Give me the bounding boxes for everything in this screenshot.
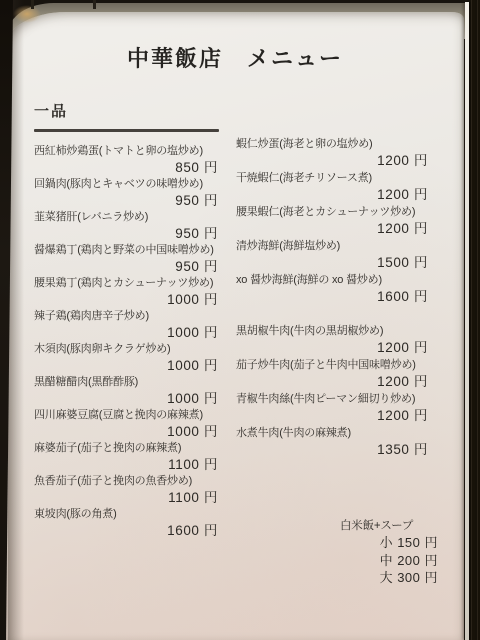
menu-item: 茄子炒牛肉(茄子と牛肉中国味噌炒め) 1200 円 [236, 357, 428, 391]
menu-item: 魚香茄子(茄子と挽肉の魚香炒め) 1100 円 [34, 473, 218, 506]
menu-item-name: 茄子炒牛肉(茄子と牛肉中国味噌炒め) [236, 357, 428, 374]
menu-item-name: 木須肉(豚肉卵キクラゲ炒め) [34, 341, 218, 358]
menu-item: 四川麻婆豆腐(豆腐と挽肉の麻辣煮) 1000 円 [34, 407, 218, 440]
rice-option-large: 大 300 円 [340, 569, 438, 587]
binder-notch [31, 0, 34, 9]
menu-item-name: 清炒海鮮(海鮮塩炒め) [236, 238, 428, 255]
menu-item: 黒醋糖醋肉(黒酢酢豚) 1000 円 [34, 374, 218, 407]
menu-item-price: 1000 円 [34, 325, 218, 340]
menu-column-left: 西紅柿炒鶏蛋(トマトと卵の塩炒め) 850 円 回鍋肉(豚肉とキャベツの味噌炒め… [34, 143, 218, 539]
section-header-ippin: 一品 [34, 100, 68, 121]
menu-item-name: 回鍋肉(豚肉とキャベツの味噌炒め) [34, 176, 218, 193]
rice-option-medium: 中 200 円 [340, 552, 438, 570]
menu-item: 水煮牛肉(牛肉の麻辣煮) 1350 円 [236, 425, 428, 459]
menu-item-price: 1000 円 [34, 424, 218, 439]
menu-item: 清炒海鮮(海鮮塩炒め) 1500 円 [236, 238, 428, 272]
menu-item-name: 黒醋糖醋肉(黒酢酢豚) [34, 374, 218, 391]
menu-item: 干焼蝦仁(海老チリソース煮) 1200 円 [236, 170, 428, 204]
menu-item-name: 水煮牛肉(牛肉の麻辣煮) [236, 425, 428, 442]
menu-item-price: 1000 円 [34, 358, 218, 373]
menu-item-price: 1100 円 [34, 490, 218, 505]
menu-item-name: 腰果鶏丁(鶏肉とカシューナッツ炒め) [34, 275, 218, 292]
menu-item-name: 醤爆鶏丁(鶏肉と野菜の中国味噌炒め) [34, 242, 218, 259]
menu-item-price: 950 円 [34, 193, 218, 208]
menu-item-name: 腰果蝦仁(海老とカシューナッツ炒め) [236, 204, 428, 221]
menu-item-name: 辣子鶏(鶏肉唐辛子炒め) [34, 308, 218, 325]
menu-item: 回鍋肉(豚肉とキャベツの味噌炒め) 950 円 [34, 176, 218, 209]
menu-item-price: 1500 円 [236, 255, 428, 270]
menu-item: 韮菜猪肝(レバニラ炒め) 950 円 [34, 209, 218, 242]
menu-item: 麻婆茄子(茄子と挽肉の麻辣煮) 1100 円 [34, 440, 218, 473]
menu-item: 蝦仁炒蛋(海老と卵の塩炒め) 1200 円 [236, 136, 428, 170]
menu-page: 中華飯店 メニュー 一品 西紅柿炒鶏蛋(トマトと卵の塩炒め) 850 円 回鍋肉… [6, 12, 464, 640]
menu-item-name: 魚香茄子(茄子と挽肉の魚香炒め) [34, 473, 218, 490]
menu-item-name: 黒胡椒牛肉(牛肉の黒胡椒炒め) [236, 323, 428, 340]
menu-item-name: 青椒牛肉絲(牛肉ピーマン細切り炒め) [236, 391, 428, 408]
menu-item: 腰果蝦仁(海老とカシューナッツ炒め) 1200 円 [236, 204, 428, 238]
menu-item-name: 韮菜猪肝(レバニラ炒め) [34, 209, 218, 226]
menu-item: 西紅柿炒鶏蛋(トマトと卵の塩炒め) 850 円 [34, 143, 218, 176]
menu-item-price: 1600 円 [34, 523, 218, 538]
menu-item: 青椒牛肉絲(牛肉ピーマン細切り炒め) 1200 円 [236, 391, 428, 425]
menu-item-price: 1200 円 [236, 153, 428, 168]
menu-item: xo 醤炒海鮮(海鮮の xo 醤炒め) 1600 円 [236, 272, 428, 306]
menu-item-name: 麻婆茄子(茄子と挽肉の麻辣煮) [34, 440, 218, 457]
menu-item-price: 1200 円 [236, 221, 428, 236]
menu-item-price: 1350 円 [236, 442, 428, 457]
menu-item-name: 東坡肉(豚の角煮) [34, 506, 218, 523]
menu-item-price: 950 円 [34, 226, 218, 241]
menu-item: 木須肉(豚肉卵キクラゲ炒め) 1000 円 [34, 341, 218, 374]
rice-soup-label: 白米飯+スープ [340, 518, 438, 534]
rice-soup-section: 白米飯+スープ 小 150 円 中 200 円 大 300 円 [340, 518, 438, 587]
menu-item-price: 1000 円 [34, 292, 218, 307]
menu-item: 腰果鶏丁(鶏肉とカシューナッツ炒め) 1000 円 [34, 275, 218, 308]
menu-item: 辣子鶏(鶏肉唐辛子炒め) 1000 円 [34, 308, 218, 341]
menu-item-name: 四川麻婆豆腐(豆腐と挽肉の麻辣煮) [34, 407, 218, 424]
menu-item-name: 蝦仁炒蛋(海老と卵の塩炒め) [236, 136, 428, 153]
menu-item-price: 1200 円 [236, 408, 428, 423]
menu-item-name: xo 醤炒海鮮(海鮮の xo 醤炒め) [236, 272, 428, 289]
binder-glint [13, 5, 41, 23]
menu-item-name: 西紅柿炒鶏蛋(トマトと卵の塩炒め) [34, 143, 218, 160]
group-gap [236, 306, 428, 323]
menu-item-name: 干焼蝦仁(海老チリソース煮) [236, 170, 428, 187]
menu-title: 中華飯店 メニュー [6, 42, 464, 73]
menu-item: 東坡肉(豚の角煮) 1600 円 [34, 506, 218, 539]
menu-item-price: 1600 円 [236, 289, 428, 304]
binder-notch [93, 0, 96, 9]
menu-item-price: 1200 円 [236, 340, 428, 355]
menu-column-right: 蝦仁炒蛋(海老と卵の塩炒め) 1200 円 干焼蝦仁(海老チリソース煮) 120… [236, 136, 428, 459]
binder-cover-right [469, 0, 480, 640]
menu-item-price: 1100 円 [34, 457, 218, 472]
menu-item: 黒胡椒牛肉(牛肉の黒胡椒炒め) 1200 円 [236, 323, 428, 357]
sleeve-edge-highlight [465, 2, 469, 640]
menu-item-price: 1200 円 [236, 374, 428, 389]
menu-photo: 中華飯店 メニュー 一品 西紅柿炒鶏蛋(トマトと卵の塩炒め) 850 円 回鍋肉… [0, 0, 480, 640]
menu-item-price: 1200 円 [236, 187, 428, 202]
menu-item-price: 950 円 [34, 259, 218, 274]
menu-item: 醤爆鶏丁(鶏肉と野菜の中国味噌炒め) 950 円 [34, 242, 218, 275]
section-divider [34, 129, 219, 132]
menu-item-price: 850 円 [34, 160, 218, 175]
rice-option-small: 小 150 円 [340, 534, 438, 552]
menu-item-price: 1000 円 [34, 391, 218, 406]
